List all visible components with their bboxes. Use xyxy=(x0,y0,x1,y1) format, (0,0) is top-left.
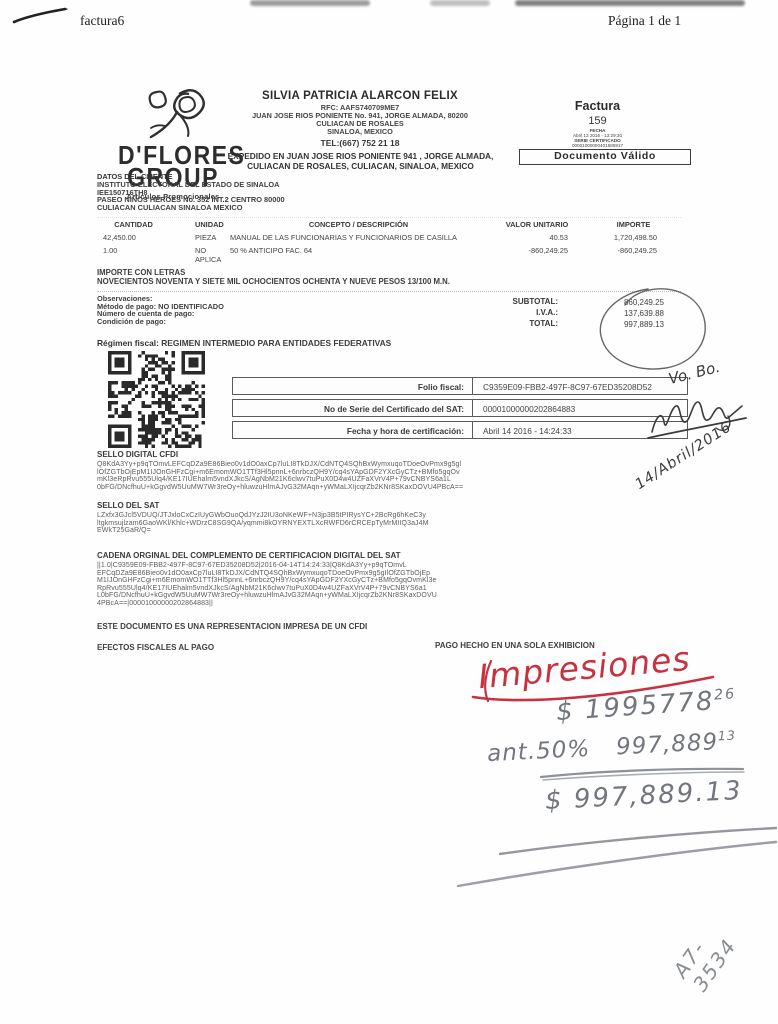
serie-sat-label: No de Serie del Certificado del SAT: xyxy=(233,400,473,416)
folio-fiscal-value: C9359E09-FBB2-497F-8C97-67ED35208D52 xyxy=(473,378,687,394)
cadena-text: ||1.0|C9359E09-FBB2-497F-8C97-67ED35208D… xyxy=(97,562,437,608)
regimen-label: Régimen fiscal: xyxy=(97,338,159,348)
pencil-amount-anticipo: ant.50%997,88913 xyxy=(486,727,736,767)
cadena-line: M1IJOnGHFzCgi+m6EmomWO1TTf3Hl5pnnL+6nrbc… xyxy=(97,577,437,585)
table-row: 42,450.00 PIEZA MANUAL DE LAS FUNCIONARI… xyxy=(97,233,680,246)
scan-smudge xyxy=(515,0,745,6)
sello-sat-heading: SELLO DEL SAT xyxy=(97,501,159,510)
col-header-cantidad: CANTIDAD xyxy=(97,220,170,229)
expedido-block: EXPEDIDO EN JUAN JOSE RIOS PONIENTE 941 … xyxy=(218,151,503,171)
expedido-line2: CULIACAN DE ROSALES, CULIACAN, SINALOA, … xyxy=(218,161,503,171)
cell-cantidad: 1.00 xyxy=(97,246,170,255)
iva-label: I.V.A.: xyxy=(468,307,558,318)
cadena-line: ||1.0|C9359E09-FBB2-497F-8C97-67ED35208D… xyxy=(97,562,437,570)
regimen-fiscal-line: Régimen fiscal: REGIMEN INTERMEDIO PARA … xyxy=(97,338,391,348)
page-number-label: Página 1 de 1 xyxy=(608,13,681,29)
cell-unidad: NO APLICA xyxy=(170,246,230,264)
sello-sat-text: LZxfx3GJcl5VDUQ/JTJxloCxCzIUyGWbOuoQdJYz… xyxy=(97,512,429,535)
scan-smudge xyxy=(250,0,370,6)
pencil-sweep-strokes xyxy=(450,820,778,892)
vendor-info: SILVIA PATRICIA ALARCON FELIX RFC: AAFS7… xyxy=(230,90,490,148)
cell-importe: 1,720,498.50 xyxy=(587,233,680,242)
subtotal-label: SUBTOTAL: xyxy=(468,296,558,307)
qr-code xyxy=(100,351,213,448)
expedido-line1: EXPEDIDO EN JUAN JOSE RIOS PONIENTE 941 … xyxy=(218,151,503,161)
amount-text: 997,889 xyxy=(615,729,718,760)
amount-cents-sup: 26 xyxy=(713,686,736,704)
anticipo-prefix: ant.50% xyxy=(487,736,591,767)
invoice-meta: FECHA Abril 13 2016 - 13:29:30 SERIE CER… xyxy=(530,128,665,148)
serie-value: 00001000000401585917 xyxy=(530,143,665,148)
cell-concepto: 50 % ANTICIPO FAC. 64 xyxy=(230,246,487,255)
col-header-concepto: CONCEPTO / DESCRIPCIÓN xyxy=(230,220,487,229)
cell-valor-unitario: 40.53 xyxy=(487,233,587,242)
scan-smudge xyxy=(430,0,490,6)
col-header-valor-unitario: VALOR UNITARIO xyxy=(487,220,587,229)
handdrawn-circle-annotation xyxy=(592,283,714,373)
vendor-name: SILVIA PATRICIA ALARCON FELIX xyxy=(230,90,490,102)
amount-in-words-heading: IMPORTE CON LETRAS xyxy=(97,268,450,277)
table-header-row: CANTIDAD UNIDAD CONCEPTO / DESCRIPCIÓN V… xyxy=(97,220,680,233)
cfdi-representation-note: ESTE DOCUMENTO ES UNA REPRESENTACION IMP… xyxy=(97,622,367,631)
sello-line: EWkT25GaR/Q= xyxy=(97,527,429,535)
sello-line: ltgkmsujlzam6GaoWKl/Khlc+WDrzC8SG9QA/yqm… xyxy=(97,520,429,528)
corner-code-annotation: A7-3534 xyxy=(668,895,759,996)
cadena-line: RpRvu555Ulq4/KE17IUEhalm5vndXJkcS/AgNbM2… xyxy=(97,585,437,593)
sello-line: Q8KdA3Yy+p9qTOmvLEFCqDZa9E86Bieo0v1dO0ax… xyxy=(97,461,463,469)
sello-line: LZxfx3GJcl5VDUQ/JTJxloCxCzIUyGWbOuoQdJYz… xyxy=(97,512,429,520)
payment-info-block: Observaciones: Método de pago: NO IDENTI… xyxy=(97,295,224,325)
cell-concepto: MANUAL DE LAS FUNCIONARIAS Y FUNCIONARIO… xyxy=(230,233,487,242)
scanned-invoice-page: factura6 Página 1 de 1 D'FLORES GROUP Ar… xyxy=(0,0,778,1024)
table-row: Folio fiscal: C9359E09-FBB2-497F-8C97-67… xyxy=(232,377,688,395)
sello-cfdi-heading: SELLO DIGITAL CFDI xyxy=(97,450,178,459)
cadena-line: 4PBcA==|00001000000202864883|| xyxy=(97,600,437,608)
fecha-certificacion-label: Fecha y hora de certificación: xyxy=(233,422,473,438)
table-row: No de Serie del Certificado del SAT: 000… xyxy=(232,399,688,417)
invoice-title: Factura xyxy=(530,99,665,113)
cell-unidad: PIEZA xyxy=(170,233,230,242)
col-header-unidad: UNIDAD xyxy=(170,220,230,229)
filename-label: factura6 xyxy=(80,13,124,29)
line-items-table: CANTIDAD UNIDAD CONCEPTO / DESCRIPCIÓN V… xyxy=(97,220,680,259)
sat-certification-table: Folio fiscal: C9359E09-FBB2-497F-8C97-67… xyxy=(232,377,688,443)
col-header-importe: IMPORTE xyxy=(587,220,680,229)
documento-valido-badge: Documento Válido xyxy=(519,149,691,165)
totals-labels: SUBTOTAL: I.V.A.: TOTAL: xyxy=(468,296,558,330)
sello-line: lOfZGTbOjEpM1IJOnGHFzCgi+m6EmomWO1TTf3Hl… xyxy=(97,469,463,477)
cadena-line: EFCqDZa9E86Bieo0v1dO0axCp7luLI8TkDJX/CdN… xyxy=(97,570,437,578)
condicion-pago: Condición de pago: xyxy=(97,318,224,326)
folio-fiscal-label: Folio fiscal: xyxy=(233,378,473,394)
amount-in-words-text: NOVECIENTOS NOVENTA Y SIETE MIL OCHOCIEN… xyxy=(97,277,450,286)
cadena-heading: CADENA ORGINAL DEL COMPLEMENTO DE CERTIF… xyxy=(97,551,401,560)
sello-cfdi-text: Q8KdA3Yy+p9qTOmvLEFCqDZa9E86Bieo0v1dO0ax… xyxy=(97,461,463,491)
amount-cents-sup: 13 xyxy=(717,727,736,743)
cadena-line: L0bFG/DNcfhuU+kGgvdW5UuMW7Wr3reOy+hluwzu… xyxy=(97,592,437,600)
cell-importe: -860,249.25 xyxy=(587,246,680,255)
table-row: Fecha y hora de certificación: Abril 14 … xyxy=(232,421,688,439)
amount-in-words: IMPORTE CON LETRAS NOVECIENTOS NOVENTA Y… xyxy=(97,268,450,286)
client-block: DATOS DEL CLIENTE INSTITUTO ELECTORAL DE… xyxy=(97,173,285,212)
client-address-line2: CULIACAN CULIACAN SINALOA MEXICO xyxy=(97,204,285,212)
total-label: TOTAL: xyxy=(468,318,558,329)
separator-line xyxy=(97,217,681,218)
sello-line: mKl3eRpRvu555Ulq4/KE17IUEhalm5vndXJkcS/A… xyxy=(97,476,463,484)
invoice-number: 159 xyxy=(530,115,665,127)
vendor-address-line3: SINALOA, MEXICO xyxy=(230,128,490,136)
flower-scribble-icon xyxy=(127,82,219,140)
cell-valor-unitario: -860,249.25 xyxy=(487,246,587,255)
table-row: 1.00 NO APLICA 50 % ANTICIPO FAC. 64 -86… xyxy=(97,246,680,259)
vendor-phone: TEL:(667) 752 21 18 xyxy=(230,138,490,148)
sello-line: 0bFG/DNcfhuU+kGgvdW5UuMW7Wr3reOy+hluwzuH… xyxy=(97,484,463,492)
regimen-value: REGIMEN INTERMEDIO PARA ENTIDADES FEDERA… xyxy=(161,338,391,348)
cell-cantidad: 42,450.00 xyxy=(97,233,170,242)
pen-stroke-mark xyxy=(12,5,70,27)
efectos-fiscales-note: EFECTOS FISCALES AL PAGO xyxy=(97,643,214,652)
